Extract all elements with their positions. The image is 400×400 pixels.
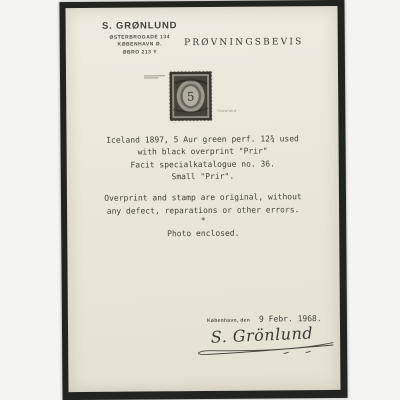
stamp-image: 5 [167,69,214,123]
dateline-place-label: København, den [207,318,250,324]
handstamp-mark [144,73,165,80]
stamp-denomination: 5 [187,90,195,104]
stamp-expert-mark: Grønlund [217,109,236,113]
photo-enclosed-note: Photo enclosed. [67,228,339,239]
letterhead-address-line: ØBRO 213 Y [74,49,206,58]
stamp-graphic: 5 [167,69,214,123]
certificate-photo: S. GRØNLUND ØSTERBROGADE 134 KØBENHAVN Ø… [59,0,347,400]
signature-block: S. Grönlund [184,322,341,359]
dateline-date: 9 Febr. 1968. [259,314,322,323]
description-line: Small "Prir". [67,170,339,185]
separator-asterisk: * [67,215,339,226]
certificate-title: PRØVNINGSBEVIS [162,37,326,48]
letterhead-name: S. GRØNLUND [74,20,206,32]
description-paragraph: Iceland 1897, 5 Aur green perf. 12¾ used… [66,133,338,185]
certificate-paper: S. GRØNLUND ØSTERBROGADE 134 KØBENHAVN Ø… [65,6,340,392]
screenshot-canvas: S. GRØNLUND ØSTERBROGADE 134 KØBENHAVN Ø… [0,0,400,400]
